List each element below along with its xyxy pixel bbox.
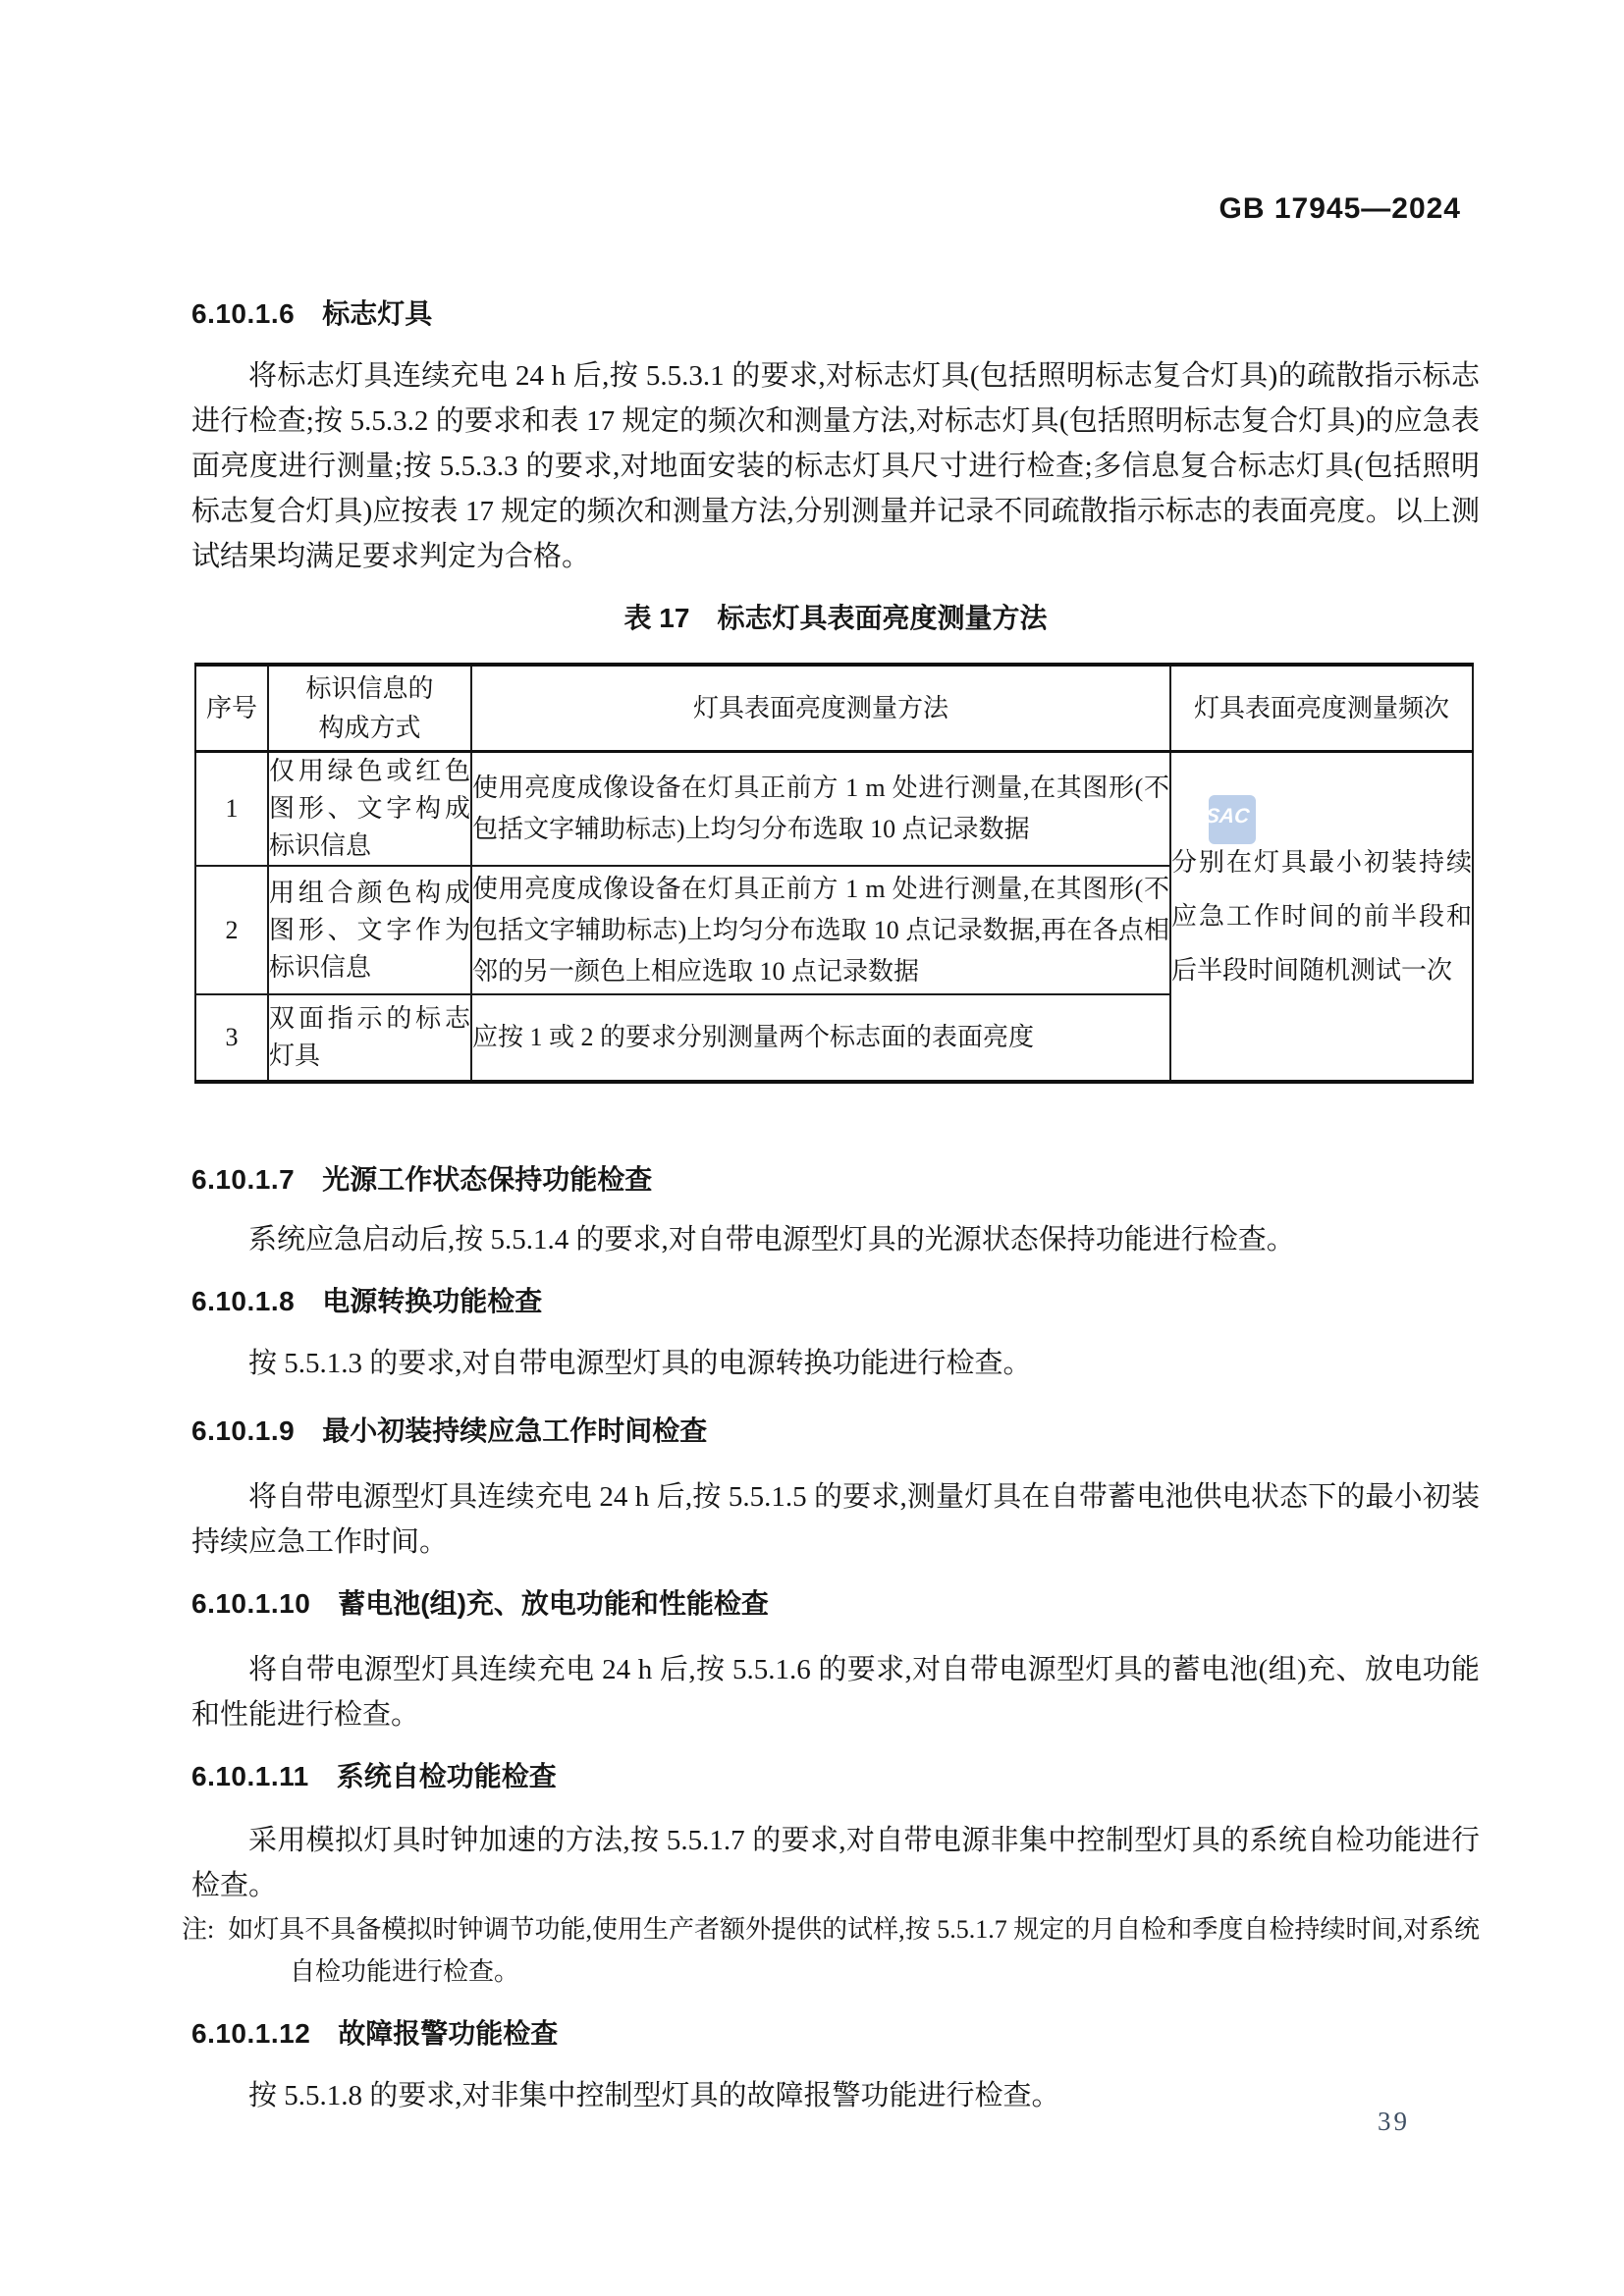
note-text: 如灯具不具备模拟时钟调节功能,使用生产者额外提供的试样,按 5.5.1.7 规定… [228, 1915, 1480, 1986]
doc-code: GB 17945—2024 [1219, 192, 1462, 226]
cell-composition: 仅用绿色或红色图形、文字构成标识信息 [268, 752, 471, 867]
section-heading-6-10-1-10: 6.10.1.10蓄电池(组)充、放电功能和性能检查 [191, 1584, 1480, 1624]
table-caption-title: 标志灯具表面亮度测量方法 [717, 603, 1047, 633]
note-label: 注: [182, 1915, 214, 1944]
luminance-measurement-table: 序号 标识信息的 构成方式 灯具表面亮度测量方法 灯具表面亮度测量频次 1 仅用… [194, 663, 1474, 1084]
paragraph: 系统应急启动后,按 5.5.1.4 的要求,对自带电源型灯具的光源状态保持功能进… [191, 1217, 1480, 1262]
note: 注:如灯具不具备模拟时钟调节功能,使用生产者额外提供的试样,按 5.5.1.7 … [182, 1908, 1480, 1993]
section-number: 6.10.1.12 [191, 2018, 310, 2049]
section-heading-6-10-1-12: 6.10.1.12故障报警功能检查 [191, 2014, 1480, 2054]
section-title: 光源工作状态保持功能检查 [322, 1164, 652, 1195]
section-number: 6.10.1.8 [191, 1286, 295, 1316]
cell-seq: 3 [195, 994, 268, 1082]
section-title: 系统自检功能检查 [337, 1761, 557, 1791]
table-caption: 表 17 标志灯具表面亮度测量方法 [191, 599, 1480, 638]
col-header-method: 灯具表面亮度测量方法 [471, 665, 1170, 752]
section-number: 6.10.1.9 [191, 1415, 295, 1446]
section-title: 标志灯具 [322, 298, 432, 329]
paragraph: 按 5.5.1.3 的要求,对自带电源型灯具的电源转换功能进行检查。 [191, 1341, 1480, 1386]
cell-method: 使用亮度成像设备在灯具正前方 1 m 处进行测量,在其图形(不包括文字辅助标志)… [471, 752, 1170, 867]
section-heading-6-10-1-7: 6.10.1.7光源工作状态保持功能检查 [191, 1160, 1480, 1200]
section-heading-6-10-1-9: 6.10.1.9最小初装持续应急工作时间检查 [191, 1412, 1480, 1451]
cell-method: 应按 1 或 2 的要求分别测量两个标志面的表面亮度 [471, 994, 1170, 1082]
section-title: 故障报警功能检查 [338, 2018, 558, 2049]
paragraph: 将自带电源型灯具连续充电 24 h 后,按 5.5.1.6 的要求,对自带电源型… [191, 1647, 1480, 1737]
section-heading-6-10-1-6: 6.10.1.6标志灯具 [191, 294, 1480, 334]
paragraph: 将标志灯具连续充电 24 h 后,按 5.5.3.1 的要求,对标志灯具(包括照… [191, 353, 1480, 579]
section-number: 6.10.1.7 [191, 1164, 295, 1195]
section-title: 电源转换功能检查 [322, 1286, 542, 1316]
cell-method: 使用亮度成像设备在灯具正前方 1 m 处进行测量,在其图形(不包括文字辅助标志)… [471, 866, 1170, 994]
section-title: 蓄电池(组)充、放电功能和性能检查 [338, 1588, 769, 1619]
section-number: 6.10.1.10 [191, 1588, 310, 1619]
col-header-composition: 标识信息的 构成方式 [268, 665, 471, 752]
cell-seq: 1 [195, 752, 268, 867]
cell-composition: 双面指示的标志灯具 [268, 994, 471, 1082]
section-title: 最小初装持续应急工作时间检查 [322, 1415, 707, 1446]
section-heading-6-10-1-11: 6.10.1.11系统自检功能检查 [191, 1757, 1480, 1796]
col-header-frequency: 灯具表面亮度测量频次 [1170, 665, 1473, 752]
section-number: 6.10.1.6 [191, 298, 295, 329]
table-row: 1 仅用绿色或红色图形、文字构成标识信息 使用亮度成像设备在灯具正前方 1 m … [195, 752, 1473, 867]
cell-composition: 用组合颜色构成图形、文字作为标识信息 [268, 866, 471, 994]
paragraph: 采用模拟灯具时钟加速的方法,按 5.5.1.7 的要求,对自带电源非集中控制型灯… [191, 1818, 1480, 1908]
col-header-seq: 序号 [195, 665, 268, 752]
table-header-row: 序号 标识信息的 构成方式 灯具表面亮度测量方法 灯具表面亮度测量频次 [195, 665, 1473, 752]
cell-frequency: 分别在灯具最小初装持续应急工作时间的前半段和后半段时间随机测试一次 [1170, 752, 1473, 1083]
paragraph: 按 5.5.1.8 的要求,对非集中控制型灯具的故障报警功能进行检查。 [191, 2073, 1480, 2118]
page-content: 6.10.1.6标志灯具 将标志灯具连续充电 24 h 后,按 5.5.3.1 … [0, 294, 1624, 2118]
cell-seq: 2 [195, 866, 268, 994]
table-caption-label: 表 17 [624, 603, 690, 633]
paragraph: 将自带电源型灯具连续充电 24 h 后,按 5.5.1.5 的要求,测量灯具在自… [191, 1474, 1480, 1565]
section-number: 6.10.1.11 [191, 1761, 309, 1791]
document-page: GB 17945—2024 SAC 6.10.1.6标志灯具 将标志灯具连续充电… [0, 0, 1624, 2296]
section-heading-6-10-1-8: 6.10.1.8电源转换功能检查 [191, 1282, 1480, 1321]
